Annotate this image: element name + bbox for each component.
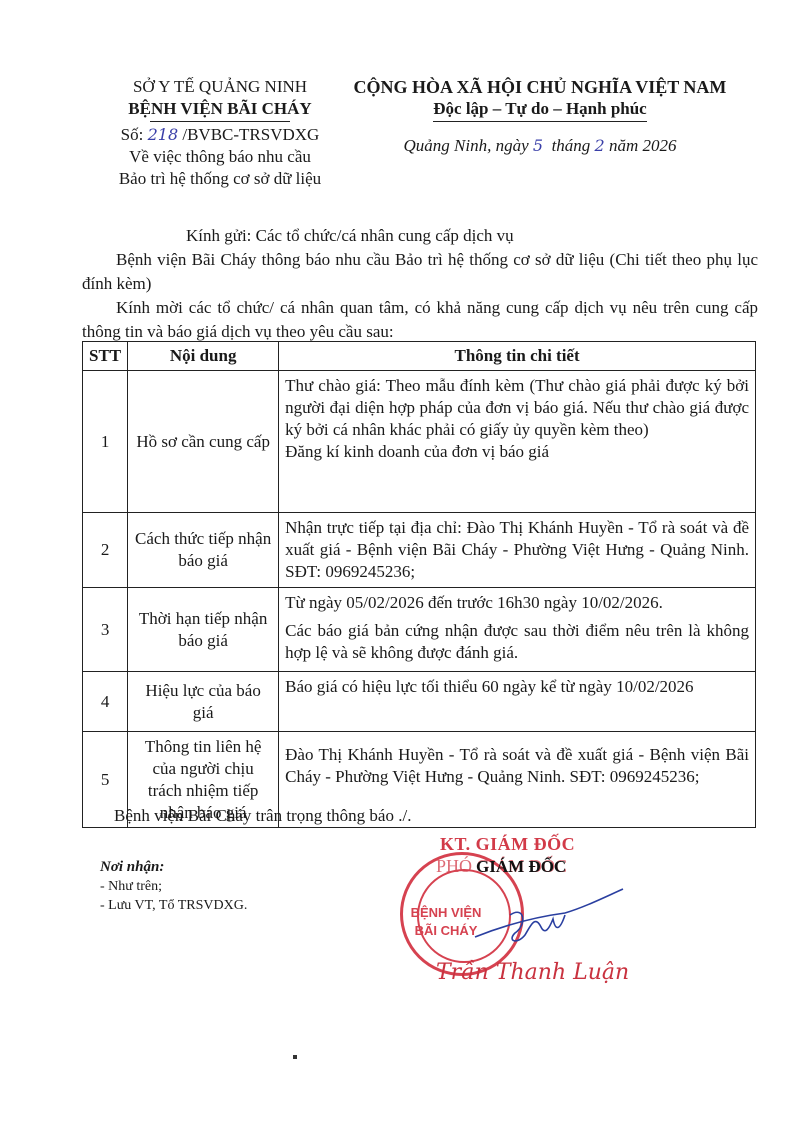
table-header-row: STT Nội dung Thông tin chi tiết	[83, 342, 756, 371]
row-stt: 2	[83, 513, 128, 588]
director-title: GIÁM ĐỐC	[476, 857, 566, 877]
hospital-name: BỆNH VIỆN BÃI CHÁY	[70, 98, 370, 120]
header-details: Thông tin chi tiết	[279, 342, 756, 371]
month-handwritten: 2	[595, 136, 605, 155]
issuing-authority-header: SỞ Y TẾ QUẢNG NINH BỆNH VIỆN BÃI CHÁY Số…	[70, 76, 370, 190]
scan-speck	[293, 1055, 297, 1059]
recipient-item: - Như trên;	[100, 877, 247, 896]
signer-name: Trần Thanh Luận	[436, 960, 629, 985]
recipient-item: - Lưu VT, Tổ TRSVDXG.	[100, 896, 247, 915]
table-row: 3 Thời hạn tiếp nhận báo giá Từ ngày 05/…	[83, 588, 756, 672]
intro-paragraph: Bệnh viện Bãi Cháy thông báo nhu cầu Bảo…	[82, 248, 758, 296]
date-prefix: Quảng Ninh, ngày	[403, 136, 528, 155]
number-handwritten: 218	[148, 125, 179, 144]
detail-text: Đào Thị Khánh Huyền - Tổ rà soát và đề x…	[285, 744, 749, 788]
issue-date: Quảng Ninh, ngày 5 tháng 2 năm 2026	[340, 136, 740, 156]
row-stt: 4	[83, 672, 128, 732]
row-details: Từ ngày 05/02/2026 đến trước 16h30 ngày …	[279, 588, 756, 672]
row-details: Thư chào giá: Theo mẫu đính kèm (Thư chà…	[279, 371, 756, 513]
year-text: năm 2026	[609, 136, 677, 155]
document-number: Số: 218 /BVBC-TRSVDXG	[70, 124, 370, 146]
invitation-paragraph: Kính mời các tổ chức/ cá nhân quan tâm, …	[82, 296, 758, 344]
month-label: tháng	[552, 136, 591, 155]
row-category: Cách thức tiếp nhận báo giá	[128, 513, 279, 588]
detail-text: Đăng kí kinh doanh của đơn vị báo giá	[285, 441, 749, 463]
header-content: Nội dung	[128, 342, 279, 371]
row-stt: 1	[83, 371, 128, 513]
department-name: SỞ Y TẾ QUẢNG NINH	[70, 76, 370, 98]
recipients-block: Nơi nhận: - Như trên; - Lưu VT, Tổ TRSVD…	[100, 858, 247, 915]
signature-block: KT. GIÁM ĐỐC PHÓ GIÁM ĐỐC BỆNH VIỆN BÃI …	[400, 830, 640, 1010]
row-category: Hồ sơ cần cung cấp	[128, 371, 279, 513]
detail-text: Báo giá có hiệu lực tối thiểu 60 ngày kể…	[285, 676, 749, 698]
table-row: 4 Hiệu lực của báo giá Báo giá có hiệu l…	[83, 672, 756, 732]
subject-line-2: Bảo trì hệ thống cơ sở dữ liệu	[70, 168, 370, 190]
detail-text: Thư chào giá: Theo mẫu đính kèm (Thư chà…	[285, 375, 749, 441]
requirements-table: STT Nội dung Thông tin chi tiết 1 Hồ sơ …	[82, 341, 756, 828]
number-label: Số:	[121, 125, 144, 144]
row-details: Nhận trực tiếp tại địa chỉ: Đào Thị Khán…	[279, 513, 756, 588]
number-suffix: /BVBC-TRSVDXG	[182, 125, 319, 144]
nation-title: CỘNG HÒA XÃ HỘI CHỦ NGHĨA VIỆT NAM	[340, 76, 740, 98]
national-header: CỘNG HÒA XÃ HỘI CHỦ NGHĨA VIỆT NAM Độc l…	[340, 76, 740, 156]
detail-text: Từ ngày 05/02/2026 đến trước 16h30 ngày …	[285, 592, 749, 614]
national-motto: Độc lập – Tự do – Hạnh phúc	[433, 98, 646, 122]
handwritten-signature-icon	[455, 885, 625, 955]
table-row: 1 Hồ sơ cần cung cấp Thư chào giá: Theo …	[83, 371, 756, 513]
subject-line-1: Về việc thông báo nhu cầu	[70, 146, 370, 168]
detail-text: Các báo giá bản cứng nhận được sau thời …	[285, 620, 749, 664]
table-row: 2 Cách thức tiếp nhận báo giá Nhận trực …	[83, 513, 756, 588]
addressee: Kính gửi: Các tổ chức/cá nhân cung cấp d…	[82, 224, 758, 248]
day-handwritten: 5	[533, 136, 543, 155]
row-details: Báo giá có hiệu lực tối thiểu 60 ngày kể…	[279, 672, 756, 732]
row-stt: 3	[83, 588, 128, 672]
detail-text: Nhận trực tiếp tại địa chỉ: Đào Thị Khán…	[285, 517, 749, 583]
hospital-underline	[150, 121, 290, 122]
recipients-title: Nơi nhận:	[100, 858, 247, 877]
row-category: Hiệu lực của báo giá	[128, 672, 279, 732]
closing-statement: Bệnh viện Bãi Cháy trân trọng thông báo …	[114, 806, 411, 826]
row-category: Thời hạn tiếp nhận báo giá	[128, 588, 279, 672]
header-stt: STT	[83, 342, 128, 371]
